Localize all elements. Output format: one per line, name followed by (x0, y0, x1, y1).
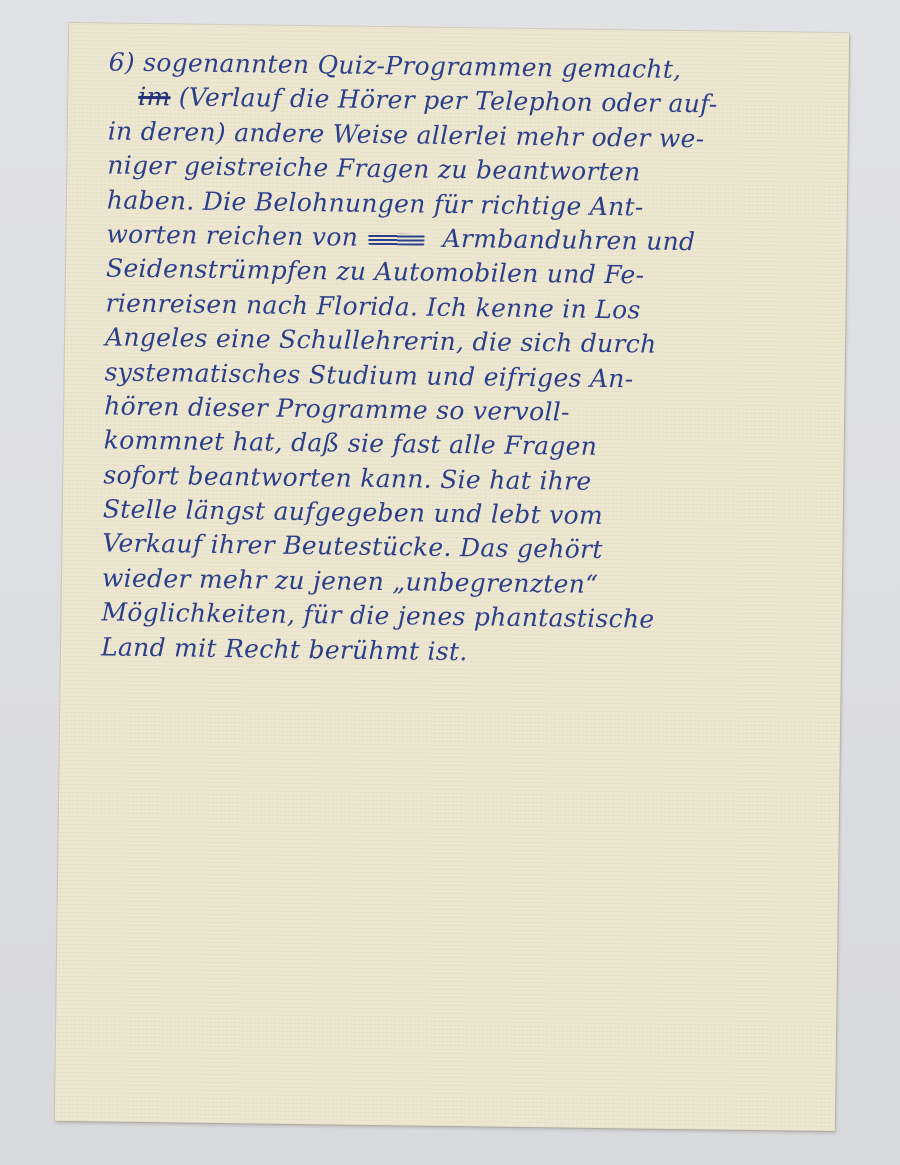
text-line-2-content: (Verlauf die Hörer per Telephon oder auf… (179, 83, 718, 119)
scribbled-out-word (368, 233, 424, 246)
text-line-6-before: worten reichen von (106, 219, 358, 251)
manuscript-page: 6) sogenannten Quiz-Programmen gemacht, … (55, 23, 849, 1131)
handwritten-text-block: 6) sogenannten Quiz-Programmen gemacht, … (101, 45, 829, 673)
text-line-6-after: Armbanduhren und (442, 224, 695, 256)
struck-word: im (138, 82, 171, 111)
